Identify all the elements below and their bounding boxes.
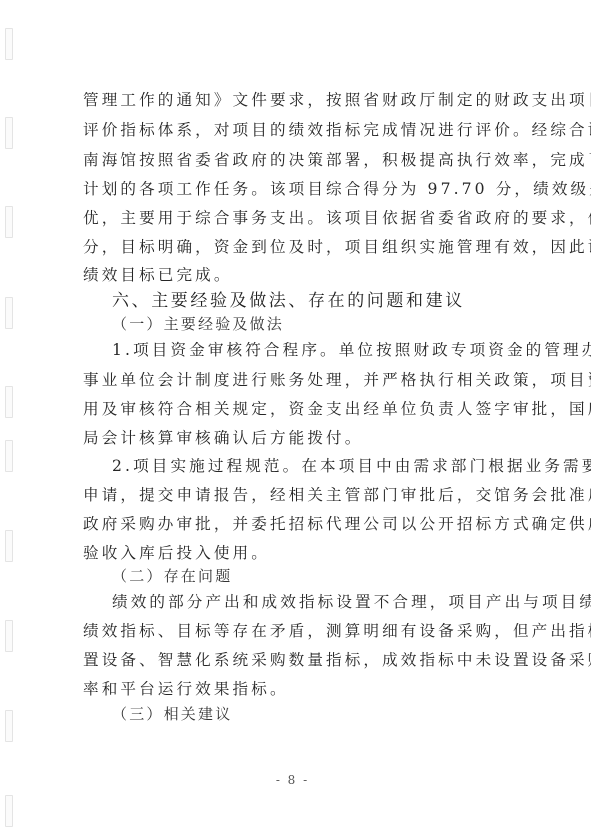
text-line: 2.项目实施过程规范。在本项目中由需求部门根据业务需要提出 [112,455,498,477]
binding-mark [5,795,13,827]
text-line: 置设备、智慧化系统采购数量指标，成效指标中未设置设备采购完成 [83,649,497,671]
text-line: 验收入库后投入使用。 [83,542,497,564]
text-line: 管理工作的通知》文件要求，按照省财政厅制定的财政支出项目绩效 [83,89,497,111]
section-heading: 六、主要经验及做法、存在的问题和建议 [112,290,526,312]
text-line: 政府采购办审批，并委托招标代理公司以公开招标方式确定供应商， [83,513,497,535]
text-line: 绩效指标、目标等存在矛盾，测算明细有设备采购，但产出指标未设 [83,620,497,642]
binding-mark [5,710,13,742]
binding-mark [5,297,13,329]
text-line: 申请，提交申请报告，经相关主管部门审批后，交馆务会批准后，报 [83,484,497,506]
subsection-title: （一）主要经验及做法 [112,313,526,335]
text-line: 优，主要用于综合事务支出。该项目依据省委省政府的要求，依据充 [83,207,497,229]
binding-mark [5,386,13,418]
binding-mark [5,620,13,652]
text-line: 绩效的部分产出和成效指标设置不合理，项目产出与项目绩效跟 [112,591,498,613]
text-line: 率和平台运行效果指标。 [83,678,497,700]
text-line: 事业单位会计制度进行账务处理，并严格执行相关政策，项目资金使 [83,369,497,391]
text-line: 分，目标明确，资金到位及时，项目组织实施管理有效，因此设定的 [83,236,497,258]
text-line: 南海馆按照省委省政府的决策部署，积极提高执行效率，完成了年初 [83,149,497,171]
text-line: 评价指标体系，对项目的绩效指标完成情况进行评价。经综合评价， [83,119,497,141]
text-line: 用及审核符合相关规定，资金支出经单位负责人签字审批，国库支付 [83,398,497,420]
binding-mark [5,530,13,562]
subsection-title: （二）存在问题 [112,565,526,587]
binding-mark [5,206,13,238]
subsection-title: （三）相关建议 [112,703,526,725]
binding-mark [5,28,13,60]
binding-mark [5,117,13,149]
binding-mark [5,440,13,472]
text-line: 局会计核算审核确认后方能拨付。 [83,427,497,449]
text-line: 计划的各项工作任务。该项目综合得分为 97.70 分，绩效级别评价为 [83,178,497,200]
document-page: 管理工作的通知》文件要求，按照省财政厅制定的财政支出项目绩效 评价指标体系，对项… [0,0,591,835]
text-line: 绩效目标已完成。 [83,264,497,286]
page-number: - 8 - [0,773,585,787]
text-line: 1.项目资金审核符合程序。单位按照财政专项资金的管理办法和 [112,339,498,361]
